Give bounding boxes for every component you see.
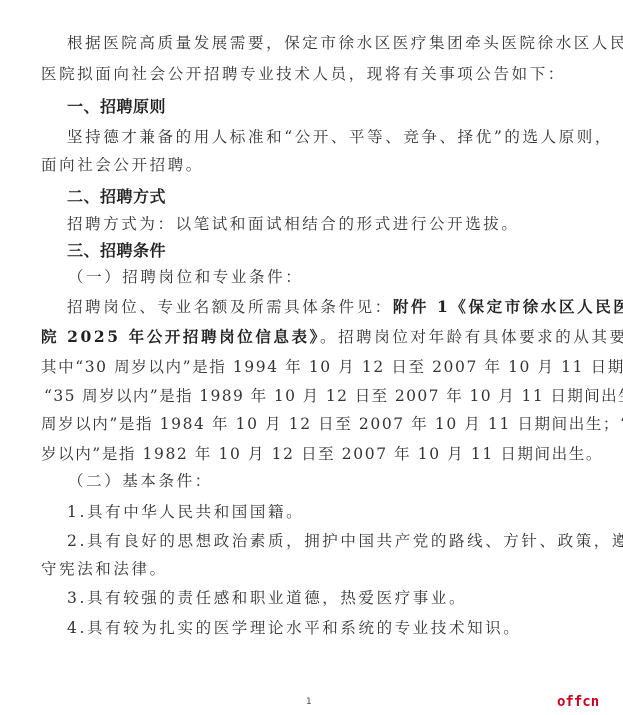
age-line-35: “35 周岁以内”是指 1989 年 10 月 12 日至 2007 年 10 … <box>44 386 623 406</box>
positions-line-1: 招聘岗位、专业名额及所需具体条件见：附件 1《保定市徐水区人民医 <box>67 297 623 317</box>
method-line-1: 招聘方式为：以笔试和面试相结合的形式进行公开选拔。 <box>67 214 520 234</box>
positions-line-2-rest: 。招聘岗位对年龄有具体要求的从其要求。 <box>320 328 623 346</box>
principles-line-1: 坚持德才兼备的用人标准和“公开、平等、竞争、择优”的选人原则， <box>67 127 613 147</box>
positions-line-1-prefix: 招聘岗位、专业名额及所需具体条件见： <box>67 298 393 316</box>
subsection-title-basic: （二）基本条件： <box>68 471 213 491</box>
attachment-link-part-1: 附件 1《保定市徐水区人民医 <box>393 297 623 316</box>
page-number: 1 <box>306 697 311 707</box>
basic-condition-1: 1.具有中华人民共和国国籍。 <box>67 502 304 522</box>
offcn-watermark-logo: offcn <box>557 694 599 710</box>
basic-condition-2-cont: 守宪法和法律。 <box>41 559 168 579</box>
basic-condition-3: 3.具有较强的责任感和职业道德，热爱医疗事业。 <box>67 588 467 608</box>
attachment-link-part-2: 院 2025 年公开招聘岗位信息表》 <box>41 327 320 346</box>
basic-condition-4: 4.具有较为扎实的医学理论水平和系统的专业技术知识。 <box>67 618 521 638</box>
positions-line-2: 院 2025 年公开招聘岗位信息表》。招聘岗位对年龄有具体要求的从其要求。 <box>41 327 623 347</box>
age-line-42: 岁以内”是指 1982 年 10 月 12 日至 2007 年 10 月 11 … <box>41 444 603 464</box>
section-heading-method: 二、招聘方式 <box>67 187 166 207</box>
section-heading-principles: 一、招聘原则 <box>67 97 166 117</box>
intro-line-1: 根据医院高质量发展需要，保定市徐水区医疗集团牵头医院徐水区人民 <box>67 33 623 53</box>
section-heading-conditions: 三、招聘条件 <box>67 241 166 261</box>
principles-line-2: 面向社会公开招聘。 <box>41 155 204 175</box>
intro-line-2: 医院拟面向社会公开招聘专业技术人员，现将有关事项公告如下： <box>41 64 566 84</box>
basic-condition-2: 2.具有良好的思想政治素质，拥护中国共产党的路线、方针、政策，遵 <box>67 531 623 551</box>
age-line-40: 周岁以内”是指 1984 年 10 月 12 日至 2007 年 10 月 11… <box>41 414 623 434</box>
age-line-30: 其中“30 周岁以内”是指 1994 年 10 月 12 日至 2007 年 1… <box>41 357 623 377</box>
subsection-title-positions: （一）招聘岗位和专业条件： <box>68 267 303 287</box>
